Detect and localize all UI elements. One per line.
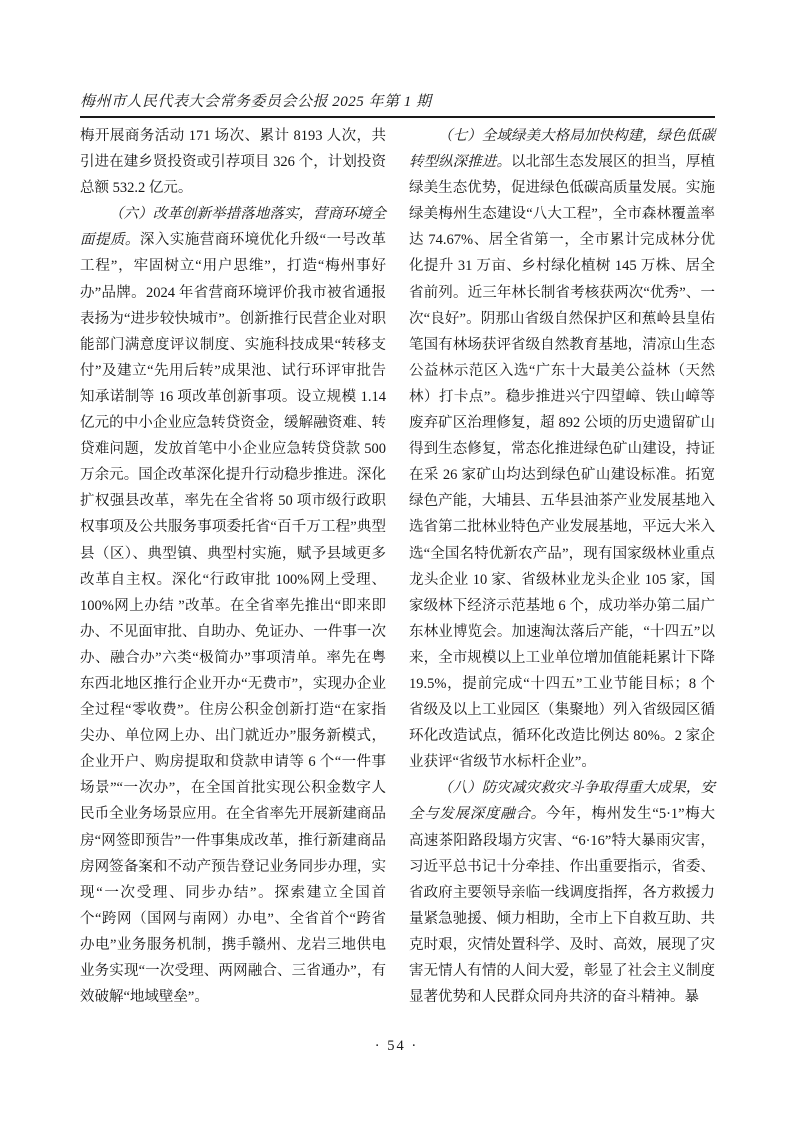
paragraph-section-6: （六）改革创新举措落地落实，营商环境全面提质。深入实施营商环境优化升级“一号改革…: [80, 201, 386, 1010]
document-page: 梅州市人民代表大会常务委员会公报 2025 年第 1 期 梅开展商务活动 171…: [0, 0, 793, 1122]
header-rule: [80, 116, 715, 118]
page-number: · 54 ·: [0, 1038, 793, 1055]
paragraph-section-7: （七）全域绿美大格局加快构建，绿色低碳转型纵深推进。以北部生态发展区的担当，厚植…: [409, 123, 715, 775]
paragraph-text: 今年，梅州发生“5·1”梅大高速茶阳路段塌方灾害、“6·16”特大暴雨灾害，习近…: [409, 806, 715, 1005]
running-header: 梅州市人民代表大会常务委员会公报 2025 年第 1 期: [80, 90, 715, 111]
right-column: （七）全域绿美大格局加快构建，绿色低碳转型纵深推进。以北部生态发展区的担当，厚植…: [409, 123, 715, 1010]
paragraph-section-8: （八）防灾减灾救灾斗争取得重大成果，安全与发展深度融合。今年，梅州发生“5·1”…: [409, 775, 715, 1010]
paragraph-continuation: 梅开展商务活动 171 场次、累计 8193 人次，共引进在建乡贤投资或引荐项目…: [80, 123, 386, 201]
paragraph-text: 以北部生态发展区的担当，厚植绿美生态优势，促进绿色低碳高质量发展。实施绿美梅州生…: [409, 154, 715, 770]
paragraph-text: 深入实施营商环境优化升级“一号改革工程”，牢固树立“用户思维”，打造“梅州事好办…: [80, 232, 386, 1005]
page-body: 梅开展商务活动 171 场次、累计 8193 人次，共引进在建乡贤投资或引荐项目…: [80, 123, 715, 1010]
left-column: 梅开展商务活动 171 场次、累计 8193 人次，共引进在建乡贤投资或引荐项目…: [80, 123, 386, 1010]
